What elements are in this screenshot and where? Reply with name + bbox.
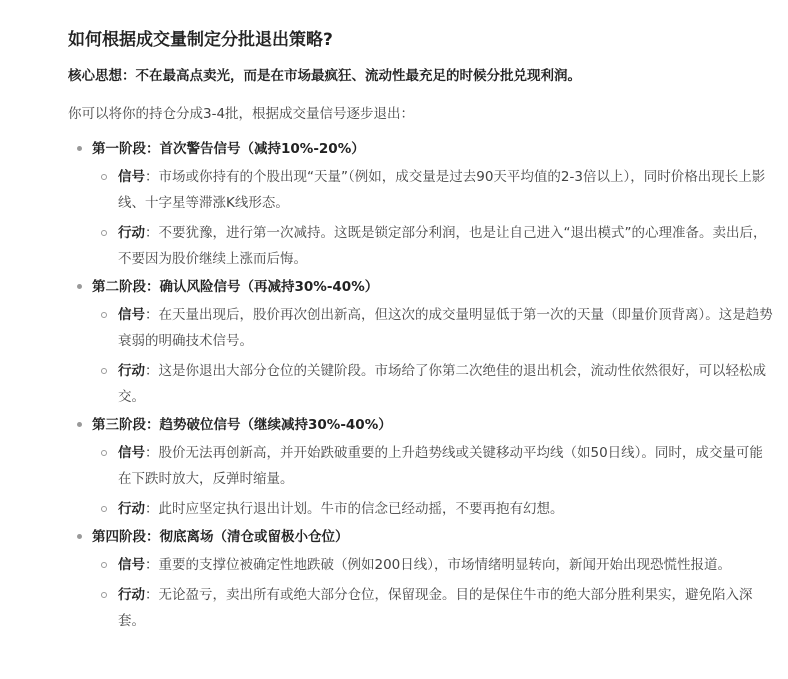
- item-label: 信号: [118, 169, 145, 185]
- item-text: 此时应坚定执行退出计划。牛市的信念已经动摇，不要再抱有幻想。: [159, 501, 564, 517]
- item-label: 信号: [118, 557, 145, 573]
- item-separator: ：: [145, 169, 159, 185]
- item-label: 行动: [118, 225, 145, 241]
- item-label: 行动: [118, 587, 145, 603]
- item-text: 无论盈亏，卖出所有或绝大部分仓位，保留现金。目的是保住牛市的绝大部分胜利果实，避…: [118, 587, 753, 629]
- bullet-dot-icon: [77, 146, 82, 151]
- item-separator: ：: [145, 587, 159, 603]
- signal-item: 信号：股价无法再创新高，并开始跌破重要的上升趋势线或关键移动平均线（如50日线）…: [92, 440, 774, 492]
- article-content: 如何根据成交量制定分批退出策略? 核心思想：不在最高点卖光，而是在市场最疯狂、流…: [68, 28, 768, 638]
- item-text: 不要犹豫，进行第一次减持。这既是锁定部分利润，也是让自己进入“退出模式”的心理准…: [118, 225, 767, 267]
- bullet-circle-icon: [101, 230, 107, 236]
- phase-item-2: 第二阶段：确认风险信号（再减持30%-40%） 信号：在天量出现后，股价再次创出…: [68, 276, 768, 410]
- item-label: 行动: [118, 363, 145, 379]
- action-item: 行动：这是你退出大部分仓位的关键阶段。市场给了你第二次绝佳的退出机会，流动性依然…: [92, 358, 774, 410]
- item-separator: ：: [145, 501, 159, 517]
- bullet-circle-icon: [101, 174, 107, 180]
- bullet-circle-icon: [101, 368, 107, 374]
- item-label: 行动: [118, 501, 145, 517]
- item-separator: ：: [145, 225, 159, 241]
- item-label: 信号: [118, 307, 145, 323]
- phase-detail-list: 信号：在天量出现后，股价再次创出新高，但这次的成交量明显低于第一次的天量（即量价…: [92, 302, 768, 410]
- item-text: 市场或你持有的个股出现“天量”（例如，成交量是过去90天平均值的2-3倍以上），…: [118, 169, 765, 211]
- section-heading: 如何根据成交量制定分批退出策略?: [68, 28, 768, 52]
- item-text: 在天量出现后，股价再次创出新高，但这次的成交量明显低于第一次的天量（即量价顶背离…: [118, 307, 773, 349]
- bullet-circle-icon: [101, 312, 107, 318]
- action-item: 行动：此时应坚定执行退出计划。牛市的信念已经动摇，不要再抱有幻想。: [92, 496, 774, 522]
- phase-list: 第一阶段：首次警告信号（减持10%-20%） 信号：市场或你持有的个股出现“天量…: [68, 138, 768, 634]
- phase-title: 第一阶段：首次警告信号（减持10%-20%）: [92, 138, 768, 160]
- item-text: 股价无法再创新高，并开始跌破重要的上升趋势线或关键移动平均线（如50日线）。同时…: [118, 445, 763, 487]
- phase-detail-list: 信号：重要的支撑位被确定性地跌破（例如200日线），市场情绪明显转向，新闻开始出…: [92, 552, 768, 634]
- action-item: 行动：不要犹豫，进行第一次减持。这既是锁定部分利润，也是让自己进入“退出模式”的…: [92, 220, 774, 272]
- core-idea-paragraph: 核心思想：不在最高点卖光，而是在市场最疯狂、流动性最充足的时候分批兑现利润。: [68, 66, 768, 86]
- item-separator: ：: [145, 307, 159, 323]
- item-separator: ：: [145, 363, 159, 379]
- item-separator: ：: [145, 557, 159, 573]
- bullet-dot-icon: [77, 534, 82, 539]
- phase-detail-list: 信号：市场或你持有的个股出现“天量”（例如，成交量是过去90天平均值的2-3倍以…: [92, 164, 768, 272]
- item-text: 重要的支撑位被确定性地跌破（例如200日线），市场情绪明显转向，新闻开始出现恐慌…: [159, 557, 732, 573]
- signal-item: 信号：在天量出现后，股价再次创出新高，但这次的成交量明显低于第一次的天量（即量价…: [92, 302, 774, 354]
- phase-title: 第四阶段：彻底离场（清仓或留极小仓位）: [92, 526, 768, 548]
- item-text: 这是你退出大部分仓位的关键阶段。市场给了你第二次绝佳的退出机会，流动性依然很好，…: [118, 363, 766, 405]
- phase-item-3: 第三阶段：趋势破位信号（继续减持30%-40%） 信号：股价无法再创新高，并开始…: [68, 414, 768, 522]
- item-label: 信号: [118, 445, 145, 461]
- bullet-circle-icon: [101, 450, 107, 456]
- intro-paragraph: 你可以将你的持仓分成3-4批，根据成交量信号逐步退出：: [68, 104, 768, 124]
- phase-detail-list: 信号：股价无法再创新高，并开始跌破重要的上升趋势线或关键移动平均线（如50日线）…: [92, 440, 768, 522]
- bullet-circle-icon: [101, 592, 107, 598]
- bullet-circle-icon: [101, 562, 107, 568]
- phase-item-4: 第四阶段：彻底离场（清仓或留极小仓位） 信号：重要的支撑位被确定性地跌破（例如2…: [68, 526, 768, 634]
- action-item: 行动：无论盈亏，卖出所有或绝大部分仓位，保留现金。目的是保住牛市的绝大部分胜利果…: [92, 582, 774, 634]
- bullet-circle-icon: [101, 506, 107, 512]
- item-separator: ：: [145, 445, 159, 461]
- phase-title: 第二阶段：确认风险信号（再减持30%-40%）: [92, 276, 768, 298]
- signal-item: 信号：市场或你持有的个股出现“天量”（例如，成交量是过去90天平均值的2-3倍以…: [92, 164, 774, 216]
- phase-item-1: 第一阶段：首次警告信号（减持10%-20%） 信号：市场或你持有的个股出现“天量…: [68, 138, 768, 272]
- phase-title: 第三阶段：趋势破位信号（继续减持30%-40%）: [92, 414, 768, 436]
- bullet-dot-icon: [77, 422, 82, 427]
- signal-item: 信号：重要的支撑位被确定性地跌破（例如200日线），市场情绪明显转向，新闻开始出…: [92, 552, 774, 578]
- bullet-dot-icon: [77, 284, 82, 289]
